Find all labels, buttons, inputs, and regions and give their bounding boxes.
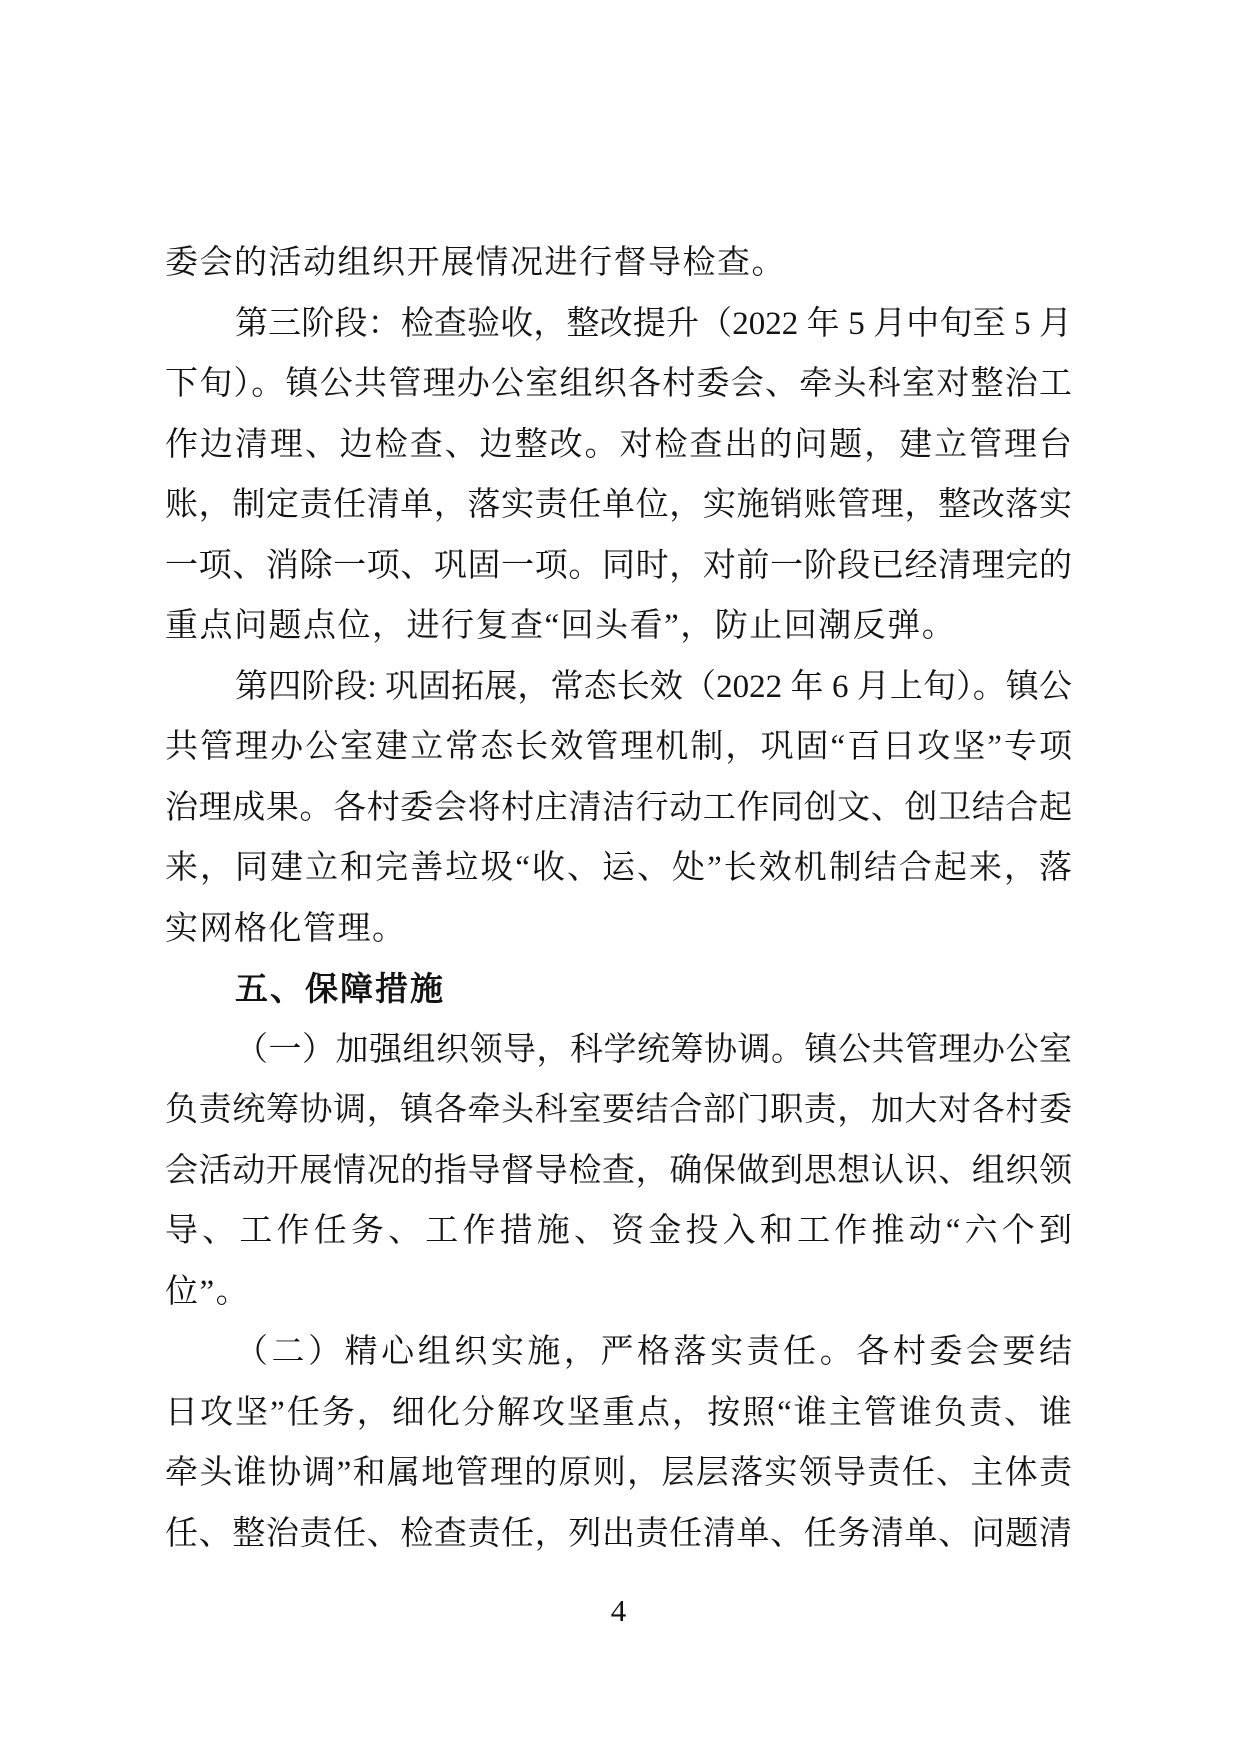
document-page: 委会的活动组织开展情况进行督导检查。第三阶段：检查验收，整改提升（2022 年 … xyxy=(0,0,1241,1754)
text-line: （二）精心组织实施，严格落实责任。各村委会要结合“百 xyxy=(165,1322,1072,1383)
section-heading: 五、保障措施 xyxy=(165,959,1072,1020)
text-line: 日攻坚”任务，细化分解攻坚重点，按照“谁主管谁负责、谁 xyxy=(165,1383,1072,1444)
text-line: 任、整治责任、检查责任，列出责任清单、任务清单、问题清 xyxy=(165,1504,1072,1565)
text-line: 来，同建立和完善垃圾“收、运、处”长效机制结合起来，落 xyxy=(165,838,1072,899)
text-line: 第三阶段：检查验收，整改提升（2022 年 5 月中旬至 5 月 xyxy=(165,294,1072,355)
text-line: 治理成果。各村委会将村庄清洁行动工作同创文、创卫结合起 xyxy=(165,778,1072,839)
text-line: 作边清理、边检查、边整改。对检查出的问题，建立管理台 xyxy=(165,415,1072,476)
text-line: 共管理办公室建立常态长效管理机制，巩固“百日攻坚”专项 xyxy=(165,717,1072,778)
text-line: 实网格化管理。 xyxy=(165,899,1072,960)
text-line: 位”。 xyxy=(165,1262,1072,1323)
text-line: 第四阶段: 巩固拓展，常态长效（2022 年 6 月上旬）。镇公 xyxy=(165,657,1072,718)
text-line: 一项、消除一项、巩固一项。同时，对前一阶段已经清理完的 xyxy=(165,536,1072,597)
text-line: （一）加强组织领导，科学统筹协调。镇公共管理办公室 xyxy=(165,1020,1072,1081)
document-body: 委会的活动组织开展情况进行督导检查。第三阶段：检查验收，整改提升（2022 年 … xyxy=(165,233,1072,1564)
text-line: 负责统筹协调，镇各牵头科室要结合部门职责，加大对各村委 xyxy=(165,1080,1072,1141)
page-number: 4 xyxy=(611,1593,627,1628)
text-line: 牵头谁协调”和属地管理的原则，层层落实领导责任、主体责 xyxy=(165,1443,1072,1504)
text-line: 重点问题点位，进行复查“回头看”，防止回潮反弹。 xyxy=(165,596,1072,657)
text-line: 账，制定责任清单，落实责任单位，实施销账管理，整改落实 xyxy=(165,475,1072,536)
text-line: 会活动开展情况的指导督导检查，确保做到思想认识、组织领 xyxy=(165,1141,1072,1202)
text-line: 导、工作任务、工作措施、资金投入和工作推动“六个到 xyxy=(165,1201,1072,1262)
text-line: 下旬）。镇公共管理办公室组织各村委会、牵头科室对整治工 xyxy=(165,354,1072,415)
page-footer: 4 xyxy=(165,1590,1072,1632)
text-line: 委会的活动组织开展情况进行督导检查。 xyxy=(165,233,1072,294)
